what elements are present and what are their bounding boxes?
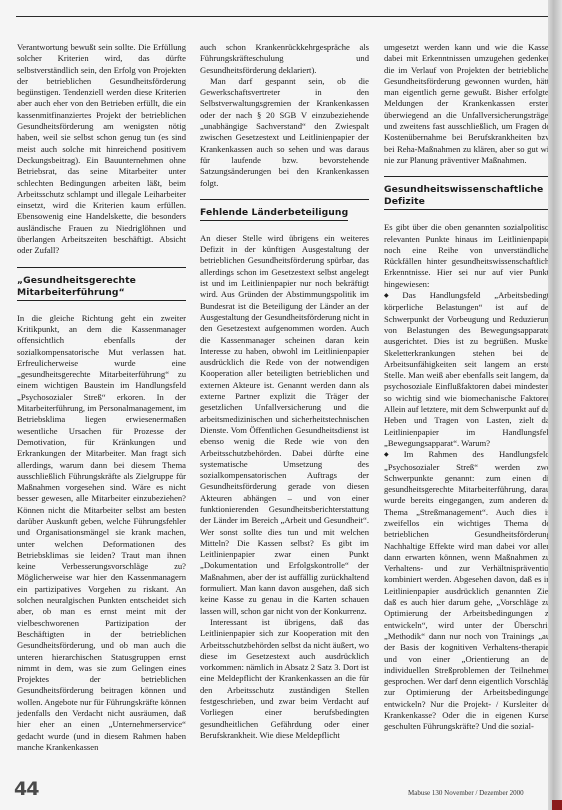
section-heading-block: Fehlende Länderbeteiligung bbox=[200, 199, 369, 221]
paragraph: Es gibt über die oben genannten sozialpo… bbox=[384, 222, 553, 290]
column-1: Verantwortung bewußt sein sollte. Die Er… bbox=[17, 42, 186, 753]
magazine-page: Verantwortung bewußt sein sollte. Die Er… bbox=[0, 0, 548, 810]
section-heading-block: „Gesundheitsgerechte Mitarbeiterführung“ bbox=[17, 267, 186, 301]
bullet-text: Das Handlungsfeld „Arbeitsbedingte körpe… bbox=[384, 290, 553, 448]
paragraph: An dieser Stelle wird übrigens ein weite… bbox=[200, 233, 369, 617]
page-edge-shadow bbox=[548, 0, 562, 810]
top-rule bbox=[16, 16, 548, 17]
bullet-item: Das Handlungsfeld „Arbeitsbedingte körpe… bbox=[384, 290, 553, 449]
paragraph: Man darf gespannt sein, ob die Gewerksch… bbox=[200, 76, 369, 189]
bullet-item: Im Rahmen des Handlungsfelds „Psychosozi… bbox=[384, 449, 553, 732]
corner-mark bbox=[552, 800, 562, 810]
bullet-text: Im Rahmen des Handlungsfelds „Psychosozi… bbox=[384, 449, 553, 731]
section-heading: Fehlende Länderbeteiligung bbox=[200, 207, 348, 221]
section-heading: „Gesundheitsgerechte Mitarbeiterführung“ bbox=[17, 275, 186, 301]
paragraph: auch schon Krankenrückkehrgespräche als … bbox=[200, 42, 369, 76]
paragraph: umgesetzt werden kann und wie die Kassen… bbox=[384, 42, 553, 166]
paragraph: Verantwortung bewußt sein sollte. Die Er… bbox=[17, 42, 186, 257]
page-number: 44 bbox=[14, 778, 38, 800]
column-2: auch schon Krankenrückkehrgespräche als … bbox=[200, 42, 369, 741]
paragraph: Interessant ist übrigens, daß das Leitli… bbox=[200, 617, 369, 741]
column-3: umgesetzt werden kann und wie die Kassen… bbox=[384, 42, 553, 733]
footer-issue: Mabuse 130 November / Dezember 2000 bbox=[408, 789, 524, 797]
section-heading-block: Gesundheitswissenschaftliche Defizite bbox=[384, 176, 553, 210]
section-heading: Gesundheitswissenschaftliche Defizite bbox=[384, 184, 553, 210]
paragraph: In die gleiche Richtung geht ein zweiter… bbox=[17, 313, 186, 754]
